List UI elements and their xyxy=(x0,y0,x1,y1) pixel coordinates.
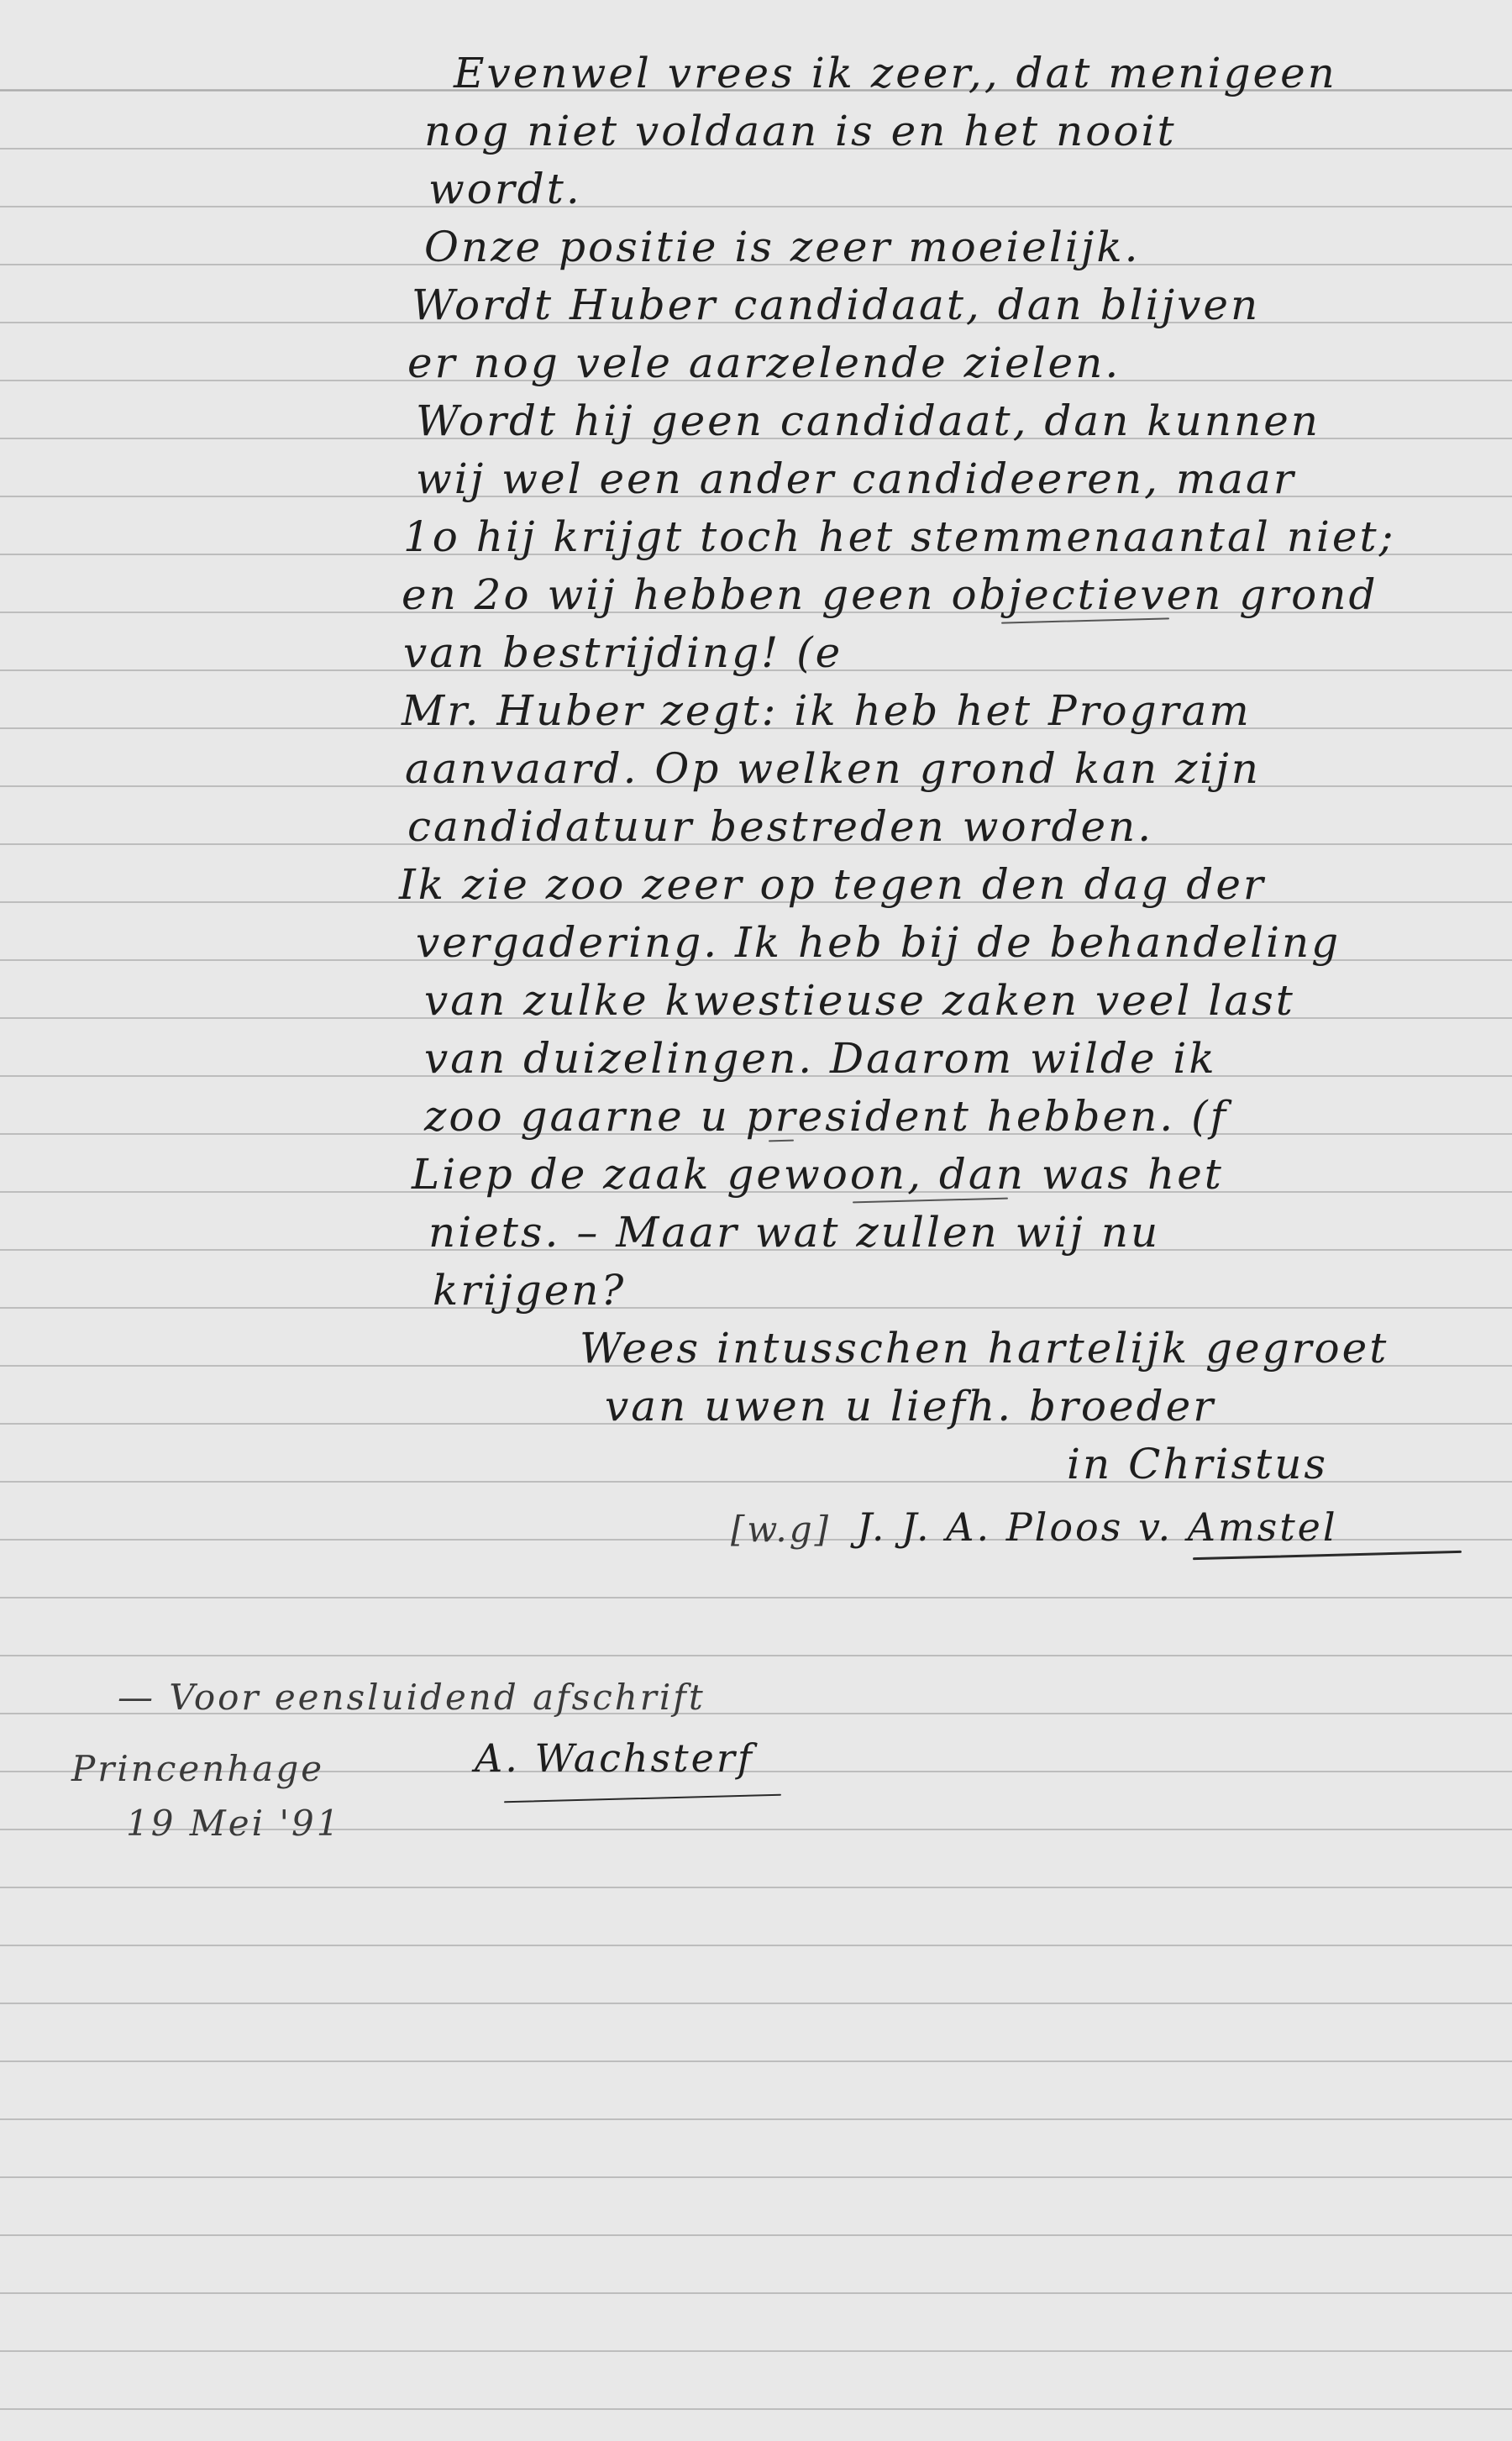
body-line: krijgen? xyxy=(433,1269,626,1311)
body-line: Wordt hij geen candidaat, dan kunnen xyxy=(416,400,1320,442)
closing-line-2: van uwen u liefh. broeder xyxy=(605,1385,1215,1427)
body-line: van duizelingen. Daarom wilde ik xyxy=(424,1037,1217,1079)
body-line: van zulke kwestieuse zaken veel last xyxy=(424,979,1295,1021)
ruled-line xyxy=(0,2292,1512,2294)
body-line: vergadering. Ik heb bij de behandeling xyxy=(416,921,1341,963)
ruled-line xyxy=(0,1655,1512,1656)
ruled-line xyxy=(0,2003,1512,2004)
signature-mark: [w.g] xyxy=(731,1512,831,1547)
certification-signer: A. Wachsterf xyxy=(475,1739,754,1777)
ruled-line xyxy=(0,1887,1512,1888)
body-line: niets. – Maar wat zullen wij nu xyxy=(428,1211,1160,1253)
body-line: nog niet voldaan is en het nooit xyxy=(424,110,1177,152)
ruled-line xyxy=(0,2176,1512,2178)
body-line: Wordt Huber candidaat, dan blijven xyxy=(412,284,1260,326)
body-line: wordt. xyxy=(428,168,582,210)
ruled-line xyxy=(0,1945,1512,1946)
body-line: Liep de zaak gewoon, dan was het xyxy=(412,1153,1224,1195)
body-line: Onze positie is zeer moeielijk. xyxy=(424,226,1141,268)
certification-date: 19 Mei '91 xyxy=(126,1806,341,1841)
ruled-line xyxy=(0,2408,1512,2410)
body-line: wij wel een ander candideeren, maar xyxy=(416,458,1296,500)
body-line: 1o hij krijgt toch het stemmenaantal nie… xyxy=(403,516,1395,558)
body-line: Ik zie zoo zeer op tegen den dag der xyxy=(399,864,1266,906)
closing-line-3: in Christus xyxy=(1067,1443,1328,1485)
closing-line-1: Wees intusschen hartelijk gegroet xyxy=(580,1327,1389,1369)
ruled-line xyxy=(0,2118,1512,2120)
body-line: er nog vele aarzelende zielen. xyxy=(407,342,1121,384)
certification-place: Princenhage xyxy=(71,1751,324,1787)
body-line: aanvaard. Op welken grond kan zijn xyxy=(405,748,1261,790)
ruled-line xyxy=(0,206,1512,207)
ruled-line xyxy=(0,1597,1512,1598)
ruled-line xyxy=(0,1307,1512,1309)
body-line: van bestrijding! (e xyxy=(403,632,843,674)
ruled-line xyxy=(0,2350,1512,2352)
body-line: candidatuur bestreden worden. xyxy=(407,806,1153,848)
body-line: Mr. Huber zegt: ik heb het Program xyxy=(402,690,1252,732)
ruled-line xyxy=(0,2234,1512,2236)
signature-name: J. J. A. Ploos v. Amstel xyxy=(857,1508,1338,1546)
body-line: en 2o wij hebben geen objectieven grond xyxy=(402,574,1378,616)
body-line: Evenwel vrees ik zeer,, dat menigeen xyxy=(454,52,1337,94)
ruled-line xyxy=(0,2060,1512,2062)
certification-text: — Voor eensluidend afschrift xyxy=(118,1680,706,1715)
body-line: zoo gaarne u president hebben. (f xyxy=(424,1095,1228,1137)
